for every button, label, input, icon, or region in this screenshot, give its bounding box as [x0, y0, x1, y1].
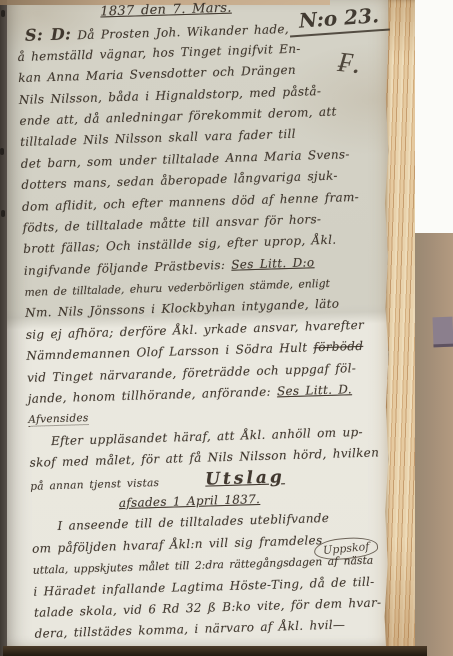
- reference-underlined: Ses Litt. D:o: [231, 255, 315, 271]
- margin-label: Afvensides: [28, 412, 89, 427]
- line-initials: S: D:: [25, 25, 72, 45]
- line-text: jande, honom tillhörande, anförande:: [28, 384, 278, 405]
- fee-mark: ₣.: [336, 45, 362, 81]
- ink-mark: [1, 10, 5, 17]
- ink-mark: [0, 148, 4, 155]
- ruling-heading: Utslag: [205, 467, 285, 489]
- ruling-date-text: afsades 1 April 1837.: [119, 492, 261, 510]
- manuscript-photo: 1837 den 7. Mars. S: D: Då Prosten Joh. …: [0, 0, 453, 656]
- ink-mark: [1, 210, 5, 217]
- bottom-shadow-edge: [3, 646, 427, 656]
- facing-page-sliver: [0, 0, 7, 656]
- purple-bookmark-tab: [432, 317, 453, 348]
- line-text: ingifvande följande Prästbevis:: [24, 257, 232, 277]
- reference-underlined: Ses Litt. D.: [277, 382, 352, 398]
- date-heading-text: 1837 den 7. Mars.: [100, 1, 232, 20]
- line-text: på annan tjenst vistas: [30, 477, 159, 493]
- struck-word: förbödd: [313, 339, 363, 354]
